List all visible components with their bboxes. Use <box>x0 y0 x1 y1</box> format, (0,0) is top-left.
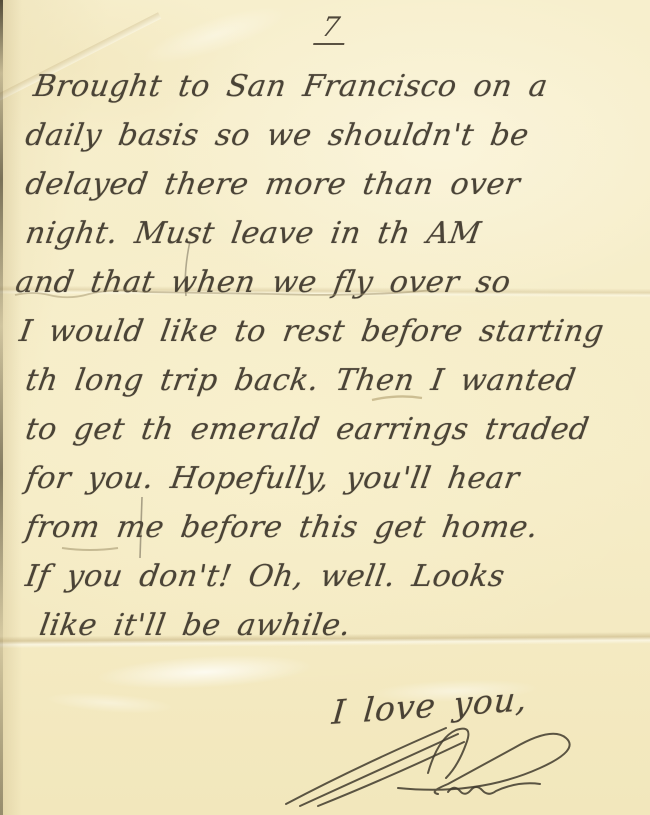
signature-scribble <box>278 718 588 810</box>
scan-edge-shading <box>0 0 22 815</box>
scan-edge-shadow <box>0 0 3 815</box>
scanned-letter-page: 7 Brought to San Francisco on a daily ba… <box>0 0 650 815</box>
pencil-stray-marks <box>0 0 650 815</box>
